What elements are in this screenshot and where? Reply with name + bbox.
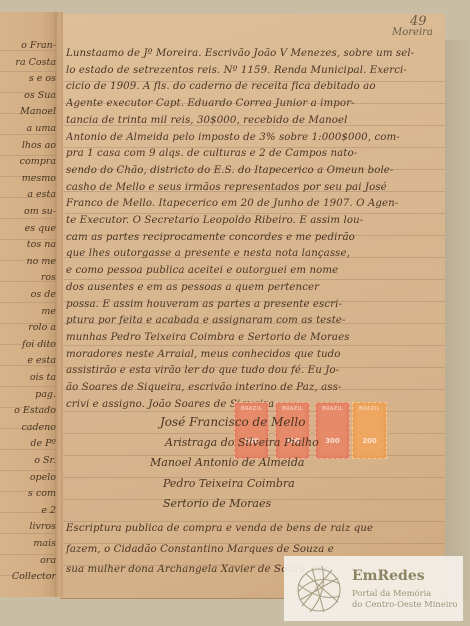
book-spine-fold [55, 12, 63, 597]
revenue-stamp: BRAZIL 300 [275, 402, 310, 459]
signature: José Francisco de Mello [160, 415, 305, 429]
emredes-watermark: EmRedes Portal da Memória do Centro-Oest… [284, 556, 463, 621]
signature: Aristraga do Silveira Pialho [165, 436, 319, 449]
signature: Manoel Antonio de Almeida [150, 456, 304, 469]
watermark-title: EmRedes [352, 568, 425, 584]
revenue-stamp: BRAZIL 300 [234, 402, 269, 459]
signature: Pedro Teixeira Coimbra [163, 477, 295, 490]
page-header: Moreira [392, 27, 433, 38]
watermark-subtitle: Portal da Memória [352, 588, 431, 598]
revenue-stamp: BRAZIL 300 [315, 402, 350, 459]
watermark-subtitle: do Centro-Oeste Mineiro [352, 599, 458, 609]
deed-title-line: Escriptura publica de compra e venda de … [66, 519, 440, 539]
left-page-fragment: Collector [2, 567, 56, 587]
globe-network-logo-icon [292, 562, 346, 616]
revenue-stamp: BRAZIL 200 [352, 402, 387, 459]
signature: Sertorio de Moraes [163, 497, 271, 510]
